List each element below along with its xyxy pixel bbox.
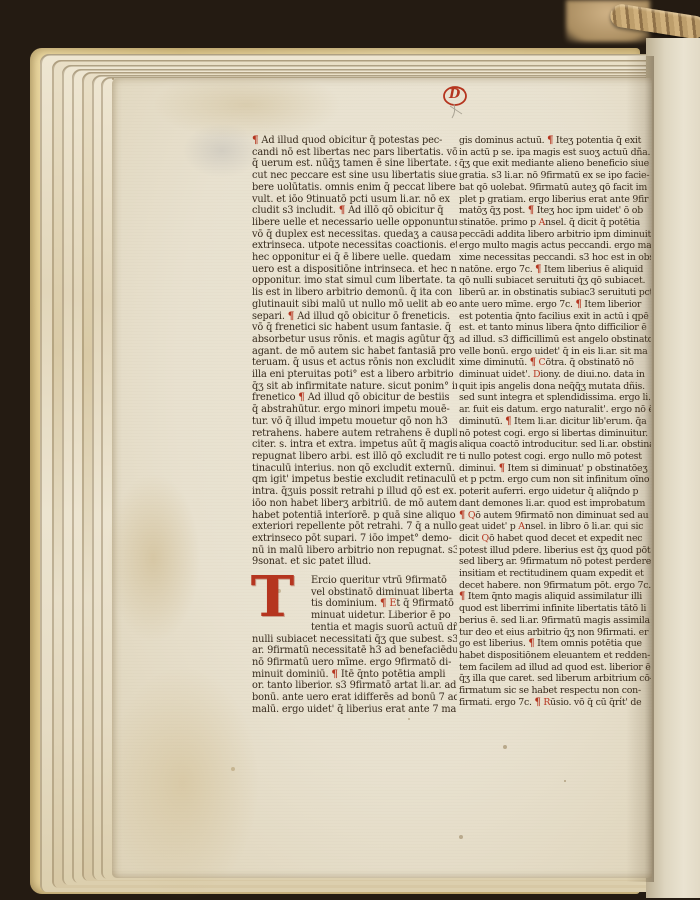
text-line: tentia et magis suorū actuū dña. que oīn…	[311, 622, 457, 634]
text-line: insitiam et rectitudinem quam expedit et	[459, 568, 651, 580]
text-line: bere uolūtatis. omnis enim q̄ peccat lib…	[252, 182, 457, 194]
text-line: nū in malū libero arbitrio non repugnat.…	[252, 545, 457, 557]
pilcrow-mark: ¶	[528, 638, 534, 649]
text-line: quit ipis angelis dona neq̄q̄ʒ mutata dñ…	[459, 381, 651, 393]
text-block: ¶ Ad illud quod obicitur q̄ potestas pec…	[252, 135, 457, 568]
pilcrow-mark: ¶	[459, 591, 465, 602]
text-line: diminuat uidet'. Diony. de diui.no. data…	[459, 369, 651, 381]
text-line: q̄ abstrahūtur. ergo minori impetu mouē-	[252, 404, 457, 416]
text-line: quod est liberrimi infinite libertatis t…	[459, 603, 651, 615]
text-line: uero est a dispositiōne intrinseca. et h…	[252, 264, 457, 276]
text-line: tur. vō q̄ illud impetu mouetur qō non h…	[252, 416, 457, 428]
rubricated-letter: Q	[482, 533, 489, 544]
text-line: firmatum sic se habet respectu non con-	[459, 685, 651, 697]
text-line: extrinseca. utpote necessitas coactionis…	[252, 240, 457, 252]
text-line: ergo multo magis actus peccandi. ergo ma	[459, 240, 651, 252]
text-line: frenetico ¶ Ad illud qō obicitur de best…	[252, 392, 457, 404]
pilcrow-mark: ¶	[252, 135, 258, 146]
rubricated-letter: Q	[468, 510, 475, 521]
foxing-stain	[108, 668, 258, 898]
text-line: q̄ʒ sit ab infirmitate nature. sicut pon…	[252, 381, 457, 393]
ink-smudge	[182, 123, 262, 178]
text-line: vel obstinatō diminuat liberta	[311, 587, 457, 599]
text-line: retrahens. habere autem retrahens ē dupl…	[252, 428, 457, 440]
pilcrow-mark: ¶	[298, 392, 304, 403]
text-line: xime necessitas peccandi. s3 hoc est in …	[459, 252, 651, 264]
text-line: go est liberius. ¶ Item omnis potētia qu…	[459, 638, 651, 650]
text-block: gis dominus actuū. ¶ Iteʒ potentia q̄ ex…	[459, 135, 651, 708]
pilcrow-mark: ¶	[535, 264, 541, 275]
text-line: diminui. ¶ Item si diminuat' p obstinatō…	[459, 463, 651, 475]
text-line: liberū ar. in obstinatis subiac3 seruitu…	[459, 287, 651, 299]
pilcrow-mark: ¶	[505, 416, 511, 427]
text-line: berius ē. sed li.ar. 9firmatū magis assi…	[459, 615, 651, 627]
text-line: intra. q̄ʒuis possit retrahi p illud qō …	[252, 486, 457, 498]
pilcrow-mark: ¶	[499, 463, 505, 474]
text-line: Ercio queritur vtrū 9firmatō	[311, 575, 457, 587]
book-photo: D ¶ Ad illud quod obicitur q̄ potestas p…	[0, 0, 700, 900]
text-line: potest illud pdere. liberius est q̄ʒ quo…	[459, 545, 651, 557]
text-line: minuit dominiū. ¶ Itē q̄nto potētia ampl…	[252, 669, 457, 681]
foxing-stain	[152, 70, 342, 140]
text-line: qō nulli subiacet seruituti q̄ʒ qō subia…	[459, 275, 651, 287]
text-line: plet p gratiam. ergo liberius erat ante …	[459, 194, 651, 206]
text-line: vō q̄ frenetici sic habent usum fantasie…	[252, 322, 457, 334]
text-line: extrinseco pōt supari. 7 iōo impet° demo…	[252, 533, 457, 545]
text-line: q̄ʒ que exit mediante alieno beneficio s…	[459, 158, 651, 170]
text-line: iōo non habet liberʒ arbitriū. de mō aut…	[252, 498, 457, 510]
text-line: gis dominus actuū. ¶ Iteʒ potentia q̄ ex…	[459, 135, 651, 147]
pilcrow-mark: ¶	[575, 299, 581, 310]
facing-page-edge	[646, 38, 700, 898]
gutter-shadow	[626, 56, 654, 882]
rubricated-letter: C	[539, 357, 546, 368]
text-line: absorbetur usus rōnis. et magis agūtur q…	[252, 334, 457, 346]
pilcrow-mark: ¶	[288, 311, 294, 322]
folio-mark-letter: D	[449, 88, 460, 101]
text-line: poterit auferri. ergo uidetur q̄ aliq̄nd…	[459, 486, 651, 498]
pilcrow-mark: ¶	[535, 697, 541, 708]
text-line: libere uelle et necessario uelle opponun…	[252, 217, 457, 229]
rubricated-letter: R	[543, 697, 550, 708]
text-line: habet dispositiōnem eleuantem et redden-	[459, 650, 651, 662]
text-line: qm igit' impetus bestie excludit retinac…	[252, 474, 457, 486]
text-line: malū. ergo uidet' q̄ liberius erat ante …	[252, 704, 457, 716]
pilcrow-mark: ¶	[339, 205, 345, 216]
text-column-right: gis dominus actuū. ¶ Iteʒ potentia q̄ ex…	[459, 135, 651, 708]
text-line: vō q̄ duplex est necessitas. quedaʒ a ca…	[252, 229, 457, 241]
rubricated-letter: E	[389, 598, 396, 609]
text-line: ¶ Item q̄nto magis aliquid assimilatur i…	[459, 591, 651, 603]
pilcrow-mark: ¶	[380, 598, 386, 609]
text-line: glutinauit sibi malū ut nullo mō uelit a…	[252, 299, 457, 311]
text-line: et p pctm. ergo cum non sit infinitum oī…	[459, 474, 651, 486]
text-line: geat uidet' p Ansel. in libro ō li.ar. q…	[459, 521, 651, 533]
text-line: cut nec peccare est sine usu libertatis …	[252, 170, 457, 182]
text-line: nō potest cogi. ergo si libertas diminui…	[459, 428, 651, 440]
text-line: peccādi addita libero arbitrio ipm dimin…	[459, 229, 651, 241]
rubricated-letter: A	[539, 217, 546, 228]
text-line: est potentia q̄nto facilius exit in actū…	[459, 311, 651, 323]
text-line: stinatōe. primo p Ansel. q̄ dicit q̄ pot…	[459, 217, 651, 229]
text-line: diminutū. ¶ Item li.ar. dicitur lib'erum…	[459, 416, 651, 428]
text-line: gratia. s3 li.ar. nō 9firmatū ex se ipo …	[459, 170, 651, 182]
text-line: tis dominium. ¶ Et q̄ 9firmatō	[311, 598, 457, 610]
text-line: matōʒ q̄ʒ post. ¶ Iteʒ hoc ipm uidet' ō …	[459, 205, 651, 217]
recto-page: D ¶ Ad illud quod obicitur q̄ potestas p…	[112, 78, 652, 878]
text-line: dant demones li.ar. quod est improbatum	[459, 498, 651, 510]
text-line: candi nō est libertas nec pars libertati…	[252, 147, 457, 159]
text-line: decet habere. non 9firmatum pōt. ergo 7c…	[459, 580, 651, 592]
text-line: lis est in libero arbitrio demonū. q̄ it…	[252, 287, 457, 299]
drop-cap-letter: T	[251, 576, 309, 619]
text-line: hec opponitur ei q̄ ē libere uelle. qued…	[252, 252, 457, 264]
text-line: or. tanto liberior. s3 9firmatō artat li…	[252, 680, 457, 692]
text-line: illa eni pteruitas poti° est a libero ar…	[252, 369, 457, 381]
text-column-left: ¶ Ad illud quod obicitur q̄ potestas pec…	[252, 135, 457, 715]
rubricated-letter: A	[518, 521, 525, 532]
text-line: ¶ Qō autem 9firmatō non diminuat sed au	[459, 510, 651, 522]
text-line: natōne. ergo 7c. ¶ Item liberius ē aliqu…	[459, 264, 651, 276]
text-line: tinaculū interius. non qō excludit exter…	[252, 463, 457, 475]
text-line: tem facilem ad illud ad quod est. liberi…	[459, 662, 651, 674]
text-line: in actū p se. ipa magis est suoʒ actuū d…	[459, 147, 651, 159]
text-line: nō 9firmatū uero mīme. ergo 9firmatō di-	[252, 657, 457, 669]
pilcrow-mark: ¶	[547, 135, 553, 146]
text-line: citer. s. intra et extra. impetus aūt q̄…	[252, 439, 457, 451]
text-line: aliqua coactō introducitur. sed li.ar. o…	[459, 439, 651, 451]
text-line: bat qō uolebat. 9firmatū auteʒ qō facit …	[459, 182, 651, 194]
text-line: ad illud. s3 difficillimū est angelo obs…	[459, 334, 651, 346]
text-line: firmati. ergo 7c. ¶ Rūsio. vō q̄ cū q̄ri…	[459, 697, 651, 709]
pilcrow-mark: ¶	[459, 510, 465, 521]
text-line: q̄ uerum est. nūq̄ʒ tamen ē sine liberta…	[252, 158, 457, 170]
text-line: habet potentiā interiorē. p quā sine ali…	[252, 510, 457, 522]
paper-specks	[112, 78, 114, 80]
text-line: exteriori repellente pōt retrahi. 7 q̄ a…	[252, 521, 457, 533]
text-line: sed sunt integra et splendidissima. ergo…	[459, 392, 651, 404]
text-block: TErcio queritur vtrū 9firmatōvel obstina…	[252, 575, 457, 715]
text-line: ar. 9firmatū necessitatē h3 ad benefaciē…	[252, 645, 457, 657]
text-line: agant. de mō autem sic habet fantasiā pr…	[252, 346, 457, 358]
pilcrow-mark: ¶	[331, 669, 337, 680]
text-line: vult. et iōo 9tinuatō pcti usum li.ar. n…	[252, 194, 457, 206]
text-line: minuat uidetur. Liberior ē po	[311, 610, 457, 622]
text-line: sed liberʒ ar. 9firmatum nō potest perde…	[459, 556, 651, 568]
text-line: separi. ¶ Ad illud qō obicitur ō freneti…	[252, 311, 457, 323]
pilcrow-mark: ¶	[530, 357, 536, 368]
text-line: bonū. ante uero erat idifferēs ad bonū 7…	[252, 692, 457, 704]
text-line: teruam. q̄ usus et actus rōnis non exclu…	[252, 357, 457, 369]
pilcrow-mark: ¶	[528, 205, 534, 216]
text-line: ar. fuit eis datum. ergo naturalit'. erg…	[459, 404, 651, 416]
text-line: ante uero mīme. ergo 7c. ¶ Item liberior	[459, 299, 651, 311]
foxing-stain	[106, 473, 201, 643]
text-line: repugnat libero arbi. est illō qō exclud…	[252, 451, 457, 463]
text-line: tur deo et eius arbitrio q̄ʒ non 9firmat…	[459, 627, 651, 639]
text-line: q̄ʒ illa que caret. sed liberum arbitriu…	[459, 673, 651, 685]
folio-mark: D	[440, 84, 474, 120]
text-line: opponitur. imo stat simul cum libertate.…	[252, 275, 457, 287]
text-line: ¶ Ad illud quod obicitur q̄ potestas pec…	[252, 135, 457, 147]
text-line: est. et tanto minus libera q̄nto diffici…	[459, 322, 651, 334]
text-line: ti nullo potest cogi. ergo nullo mō pote…	[459, 451, 651, 463]
text-line: dicit Qō habet quod decet et expedit nec	[459, 533, 651, 545]
text-line: nulli subiacet necessitati q̄ʒ que subes…	[252, 634, 457, 646]
rubricated-letter: D	[533, 369, 540, 380]
text-line: cludit s3 includit. ¶ Ad illō qō obicitu…	[252, 205, 457, 217]
text-line: xime diminutū. ¶ Cōtra. q̄ obstinatō nō	[459, 357, 651, 369]
text-line: velle bonū. ergo uidet' q̄ in eis li.ar.…	[459, 346, 651, 358]
drop-cap-initial: T	[252, 576, 307, 622]
